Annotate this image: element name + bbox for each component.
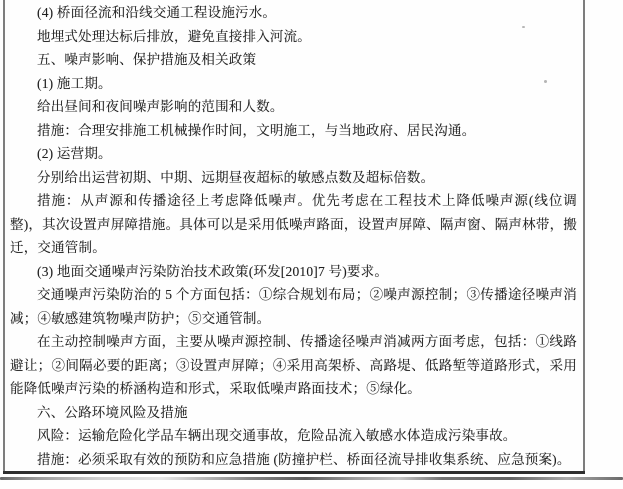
- scan-speck: [522, 26, 525, 28]
- paragraph: 在主动控制噪声方面，主要从噪声源控制、传播途径噪声消减两方面考虑，包括：①线路避…: [10, 330, 577, 401]
- paragraph: 措施：必须采取有效的预防和应急措施 (防撞护栏、桥面径流导排收集系统、应急预案)…: [10, 448, 577, 472]
- document-text: (4) 桥面径流和沿线交通工程设施污水。地埋式处理达标后排放，避免直接排入河流。…: [5, 0, 583, 471]
- paragraph: (1) 施工期。: [10, 72, 577, 96]
- paragraph: 措施：合理安排施工机械操作时间，文明施工，与当地政府、居民沟通。: [10, 119, 577, 143]
- paragraph: 五、噪声影响、保护措施及相关政策: [10, 48, 577, 72]
- paragraph: 分别给出运营初期、中期、远期昼夜超标的敏感点数及超标倍数。: [10, 166, 577, 190]
- scanned-document-page: (4) 桥面径流和沿线交通工程设施污水。地埋式处理达标后排放，避免直接排入河流。…: [0, 0, 623, 489]
- paragraph: 六、公路环境风险及措施: [10, 401, 577, 425]
- paragraph: 交通噪声污染防治的 5 个方面包括：①综合规划布局；②噪声源控制；③传播途径噪声…: [10, 283, 577, 330]
- paragraph: 措施：从声源和传播途径上考虑降低噪声。优先考虑在工程技术上降低噪声源(线位调整)…: [10, 189, 577, 260]
- scan-shadow-line: [0, 477, 623, 480]
- paragraph: 风险：运输危险化学品车辆出现交通事故，危险品流入敏感水体造成污染事故。: [10, 424, 577, 448]
- paragraph: 给出昼间和夜间噪声影响的范围和人数。: [10, 95, 577, 119]
- scan-speck: [544, 80, 547, 83]
- cell-right-border: [583, 0, 585, 474]
- paragraph: (2) 运营期。: [10, 142, 577, 166]
- paragraph: (3) 地面交通噪声污染防治技术政策(环发[2010]7 号)要求。: [10, 260, 577, 284]
- cell-bottom-border: [3, 471, 585, 474]
- paragraph: 地埋式处理达标后排放，避免直接排入河流。: [10, 25, 577, 49]
- paragraph: (4) 桥面径流和沿线交通工程设施污水。: [10, 1, 577, 25]
